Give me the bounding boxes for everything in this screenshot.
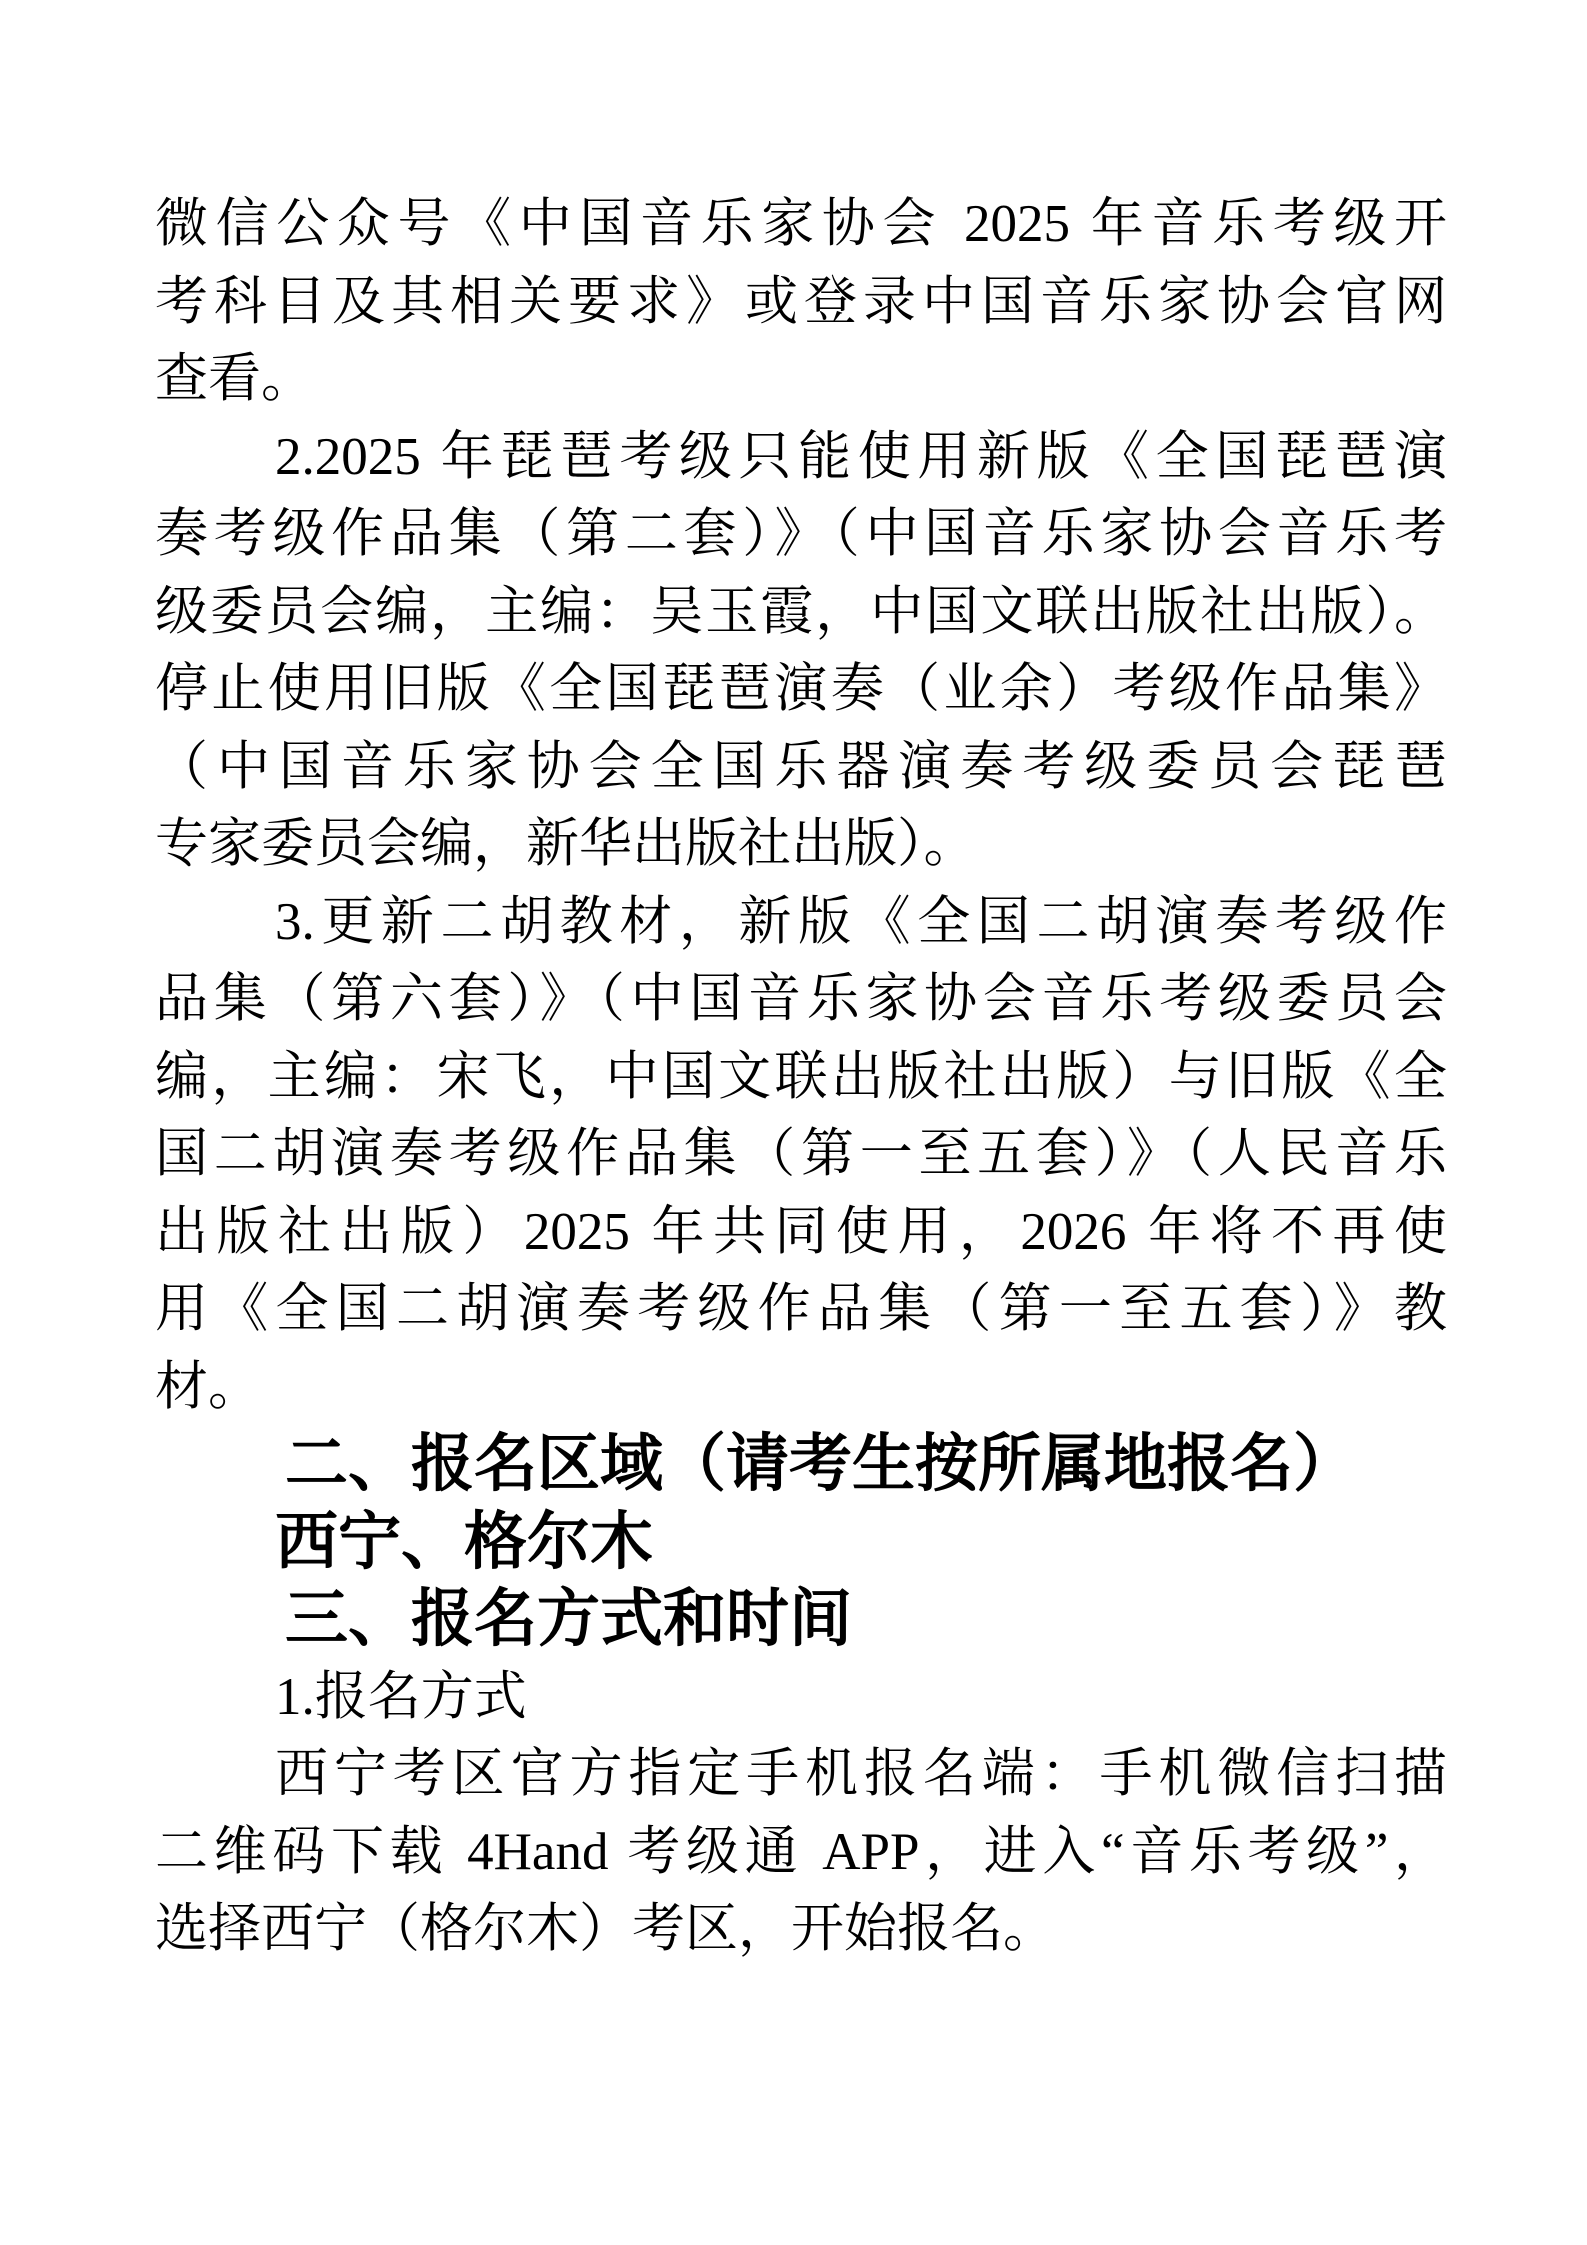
para-method-line-3: 选择西宁（格尔木）考区，开始报名。: [155, 1891, 1447, 1969]
para-pipa-line-2: 奏考级作品集（第二套）》（中国音乐家协会音乐考: [155, 496, 1447, 574]
heading-section-two: 二、报名区域（请考生按所属地报名）: [155, 1426, 1447, 1504]
line-region-list: 西宁、格尔木: [155, 1504, 1447, 1582]
heading-section-three: 三、报名方式和时间: [155, 1581, 1447, 1659]
para-pipa-line-5: （中国音乐家协会全国乐器演奏考级委员会琵琶: [155, 729, 1447, 807]
para-erhu-line-3: 编，主编：宋飞，中国文联出版社出版）与旧版《全: [155, 1039, 1447, 1117]
para-erhu-line-7: 材。: [155, 1349, 1447, 1427]
document-page: 微信公众号《中国音乐家协会 2025 年音乐考级开 考科目及其相关要求》或登录中…: [0, 0, 1587, 2245]
para-pipa-line-4: 停止使用旧版《全国琵琶演奏（业余）考级作品集》: [155, 651, 1447, 729]
para-erhu-line-5: 出版社出版）2025 年共同使用，2026 年将不再使: [155, 1194, 1447, 1272]
para-erhu-line-2: 品集（第六套）》（中国音乐家协会音乐考级委员会: [155, 961, 1447, 1039]
para-erhu-line-1: 3.更新二胡教材，新版《全国二胡演奏考级作: [155, 884, 1447, 962]
para-method-line-1: 西宁考区官方指定手机报名端：手机微信扫描: [155, 1736, 1447, 1814]
para-erhu-line-4: 国二胡演奏考级作品集（第一至五套）》（人民音乐: [155, 1116, 1447, 1194]
para-continuation-line-1: 微信公众号《中国音乐家协会 2025 年音乐考级开: [155, 186, 1447, 264]
para-pipa-line-3: 级委员会编，主编：吴玉霞，中国文联出版社出版）。: [155, 574, 1447, 652]
para-method-line-2: 二维码下载 4Hand 考级通 APP，进入“音乐考级”，: [155, 1814, 1447, 1892]
para-pipa-line-6: 专家委员会编，新华出版社出版）。: [155, 806, 1447, 884]
document-text-block: 微信公众号《中国音乐家协会 2025 年音乐考级开 考科目及其相关要求》或登录中…: [155, 186, 1447, 1969]
line-item-1-method: 1.报名方式: [155, 1659, 1447, 1737]
para-continuation-line-2: 考科目及其相关要求》或登录中国音乐家协会官网: [155, 264, 1447, 342]
para-erhu-line-6: 用《全国二胡演奏考级作品集（第一至五套）》教: [155, 1271, 1447, 1349]
para-pipa-line-1: 2.2025 年琵琶考级只能使用新版《全国琵琶演: [155, 419, 1447, 497]
para-continuation-line-3: 查看。: [155, 341, 1447, 419]
